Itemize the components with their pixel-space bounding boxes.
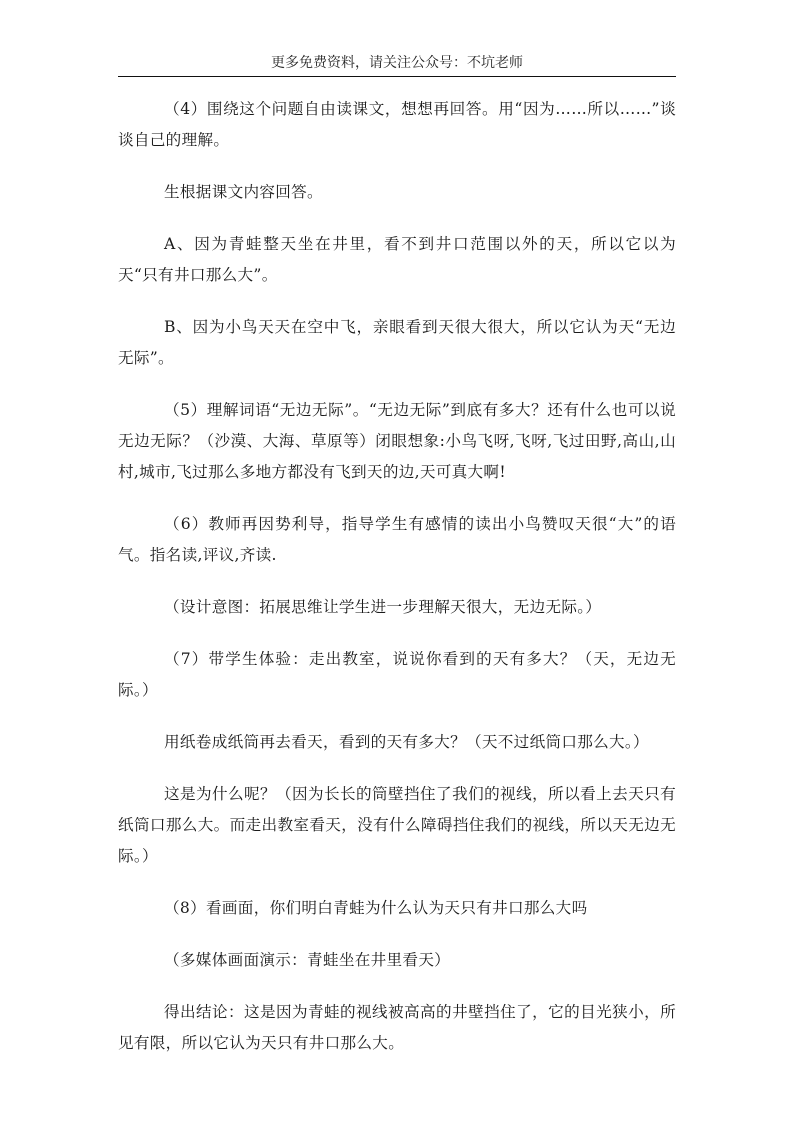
paragraph-design-intent: （设计意图：拓展思维让学生进一步理解天很大，无边无际。） xyxy=(118,592,676,623)
header-divider xyxy=(118,76,676,77)
paragraph-paper-tube: 用纸卷成纸筒再去看天，看到的天有多大？（天不过纸筒口那么大。） xyxy=(118,727,676,758)
paragraph-step-6: （6）教师再因势利导，指导学生有感情的读出小鸟赞叹天很“大”的语气。指名读,评议… xyxy=(118,509,676,571)
document-body: （4）围绕这个问题自由读课文，想想再回答。用“因为……所以……”谈谈自己的理解。… xyxy=(118,94,676,1080)
page-header: 更多免费资料，请关注公众号：不坑老师 xyxy=(118,53,676,73)
paragraph-step-4: （4）围绕这个问题自由读课文，想想再回答。用“因为……所以……”谈谈自己的理解。 xyxy=(118,94,676,156)
paragraph-answer-b: B、因为小鸟天天在空中飞，亲眼看到天很大很大，所以它认为天“无边无际”。 xyxy=(118,312,676,374)
paragraph-why: 这是为什么呢？（因为长长的筒壁挡住了我们的视线，所以看上去天只有纸筒口那么大。而… xyxy=(118,779,676,872)
paragraph-step-5: （5）理解词语“无边无际”。“无边无际”到底有多大？还有什么也可以说无边无际？（… xyxy=(118,395,676,488)
paragraph-conclusion: 得出结论：这是因为青蛙的视线被高高的井壁挡住了，它的目光狭小，所见有限，所以它认… xyxy=(118,997,676,1059)
paragraph-answer-a: A、因为青蛙整天坐在井里，看不到井口范围以外的天，所以它以为天“只有井口那么大”… xyxy=(118,229,676,291)
paragraph-step-7: （7）带学生体验：走出教室，说说你看到的天有多大？（天，无边无际。） xyxy=(118,644,676,706)
paragraph-step-8: （8）看画面，你们明白青蛙为什么认为天只有井口那么大吗 xyxy=(118,893,676,924)
paragraph-multimedia: （多媒体画面演示：青蛙坐在井里看天） xyxy=(118,945,676,976)
paragraph-answer-intro: 生根据课文内容回答。 xyxy=(118,177,676,208)
